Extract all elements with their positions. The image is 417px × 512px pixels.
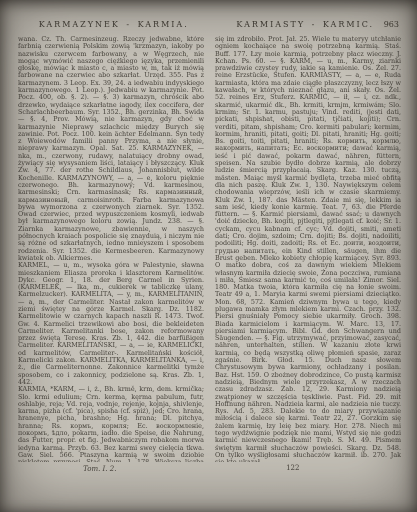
- page-footer: Tom. I. 2. 122: [18, 464, 401, 480]
- page-number: 963: [384, 20, 399, 29]
- sheet-signature: 122: [286, 464, 299, 472]
- text-column-left: wana. Cz. Th. Carmesinzeug. Rzeczy jedwa…: [18, 36, 204, 462]
- volume-signature: Tom. I. 2.: [83, 465, 116, 473]
- text-columns: wana. Cz. Th. Carmesinzeug. Rzeczy jedwa…: [18, 36, 401, 462]
- page-header: KARMAZYNEK - KARMIA. KARMIASTY - KARMIC.…: [18, 20, 401, 29]
- text-column-right: się im zdrobiło. Prot. Jał. 25. Wiele tu…: [215, 36, 401, 462]
- running-head-left: KARMAZYNEK - KARMIA.: [18, 20, 210, 29]
- scanned-book-page: KARMAZYNEK - KARMIA. KARMIASTY - KARMIC.…: [0, 0, 417, 512]
- running-head-right: KARMIASTY - KARMIC.: [210, 20, 402, 29]
- page-content: KARMAZYNEK - KARMIA. KARMIASTY - KARMIC.…: [0, 0, 417, 480]
